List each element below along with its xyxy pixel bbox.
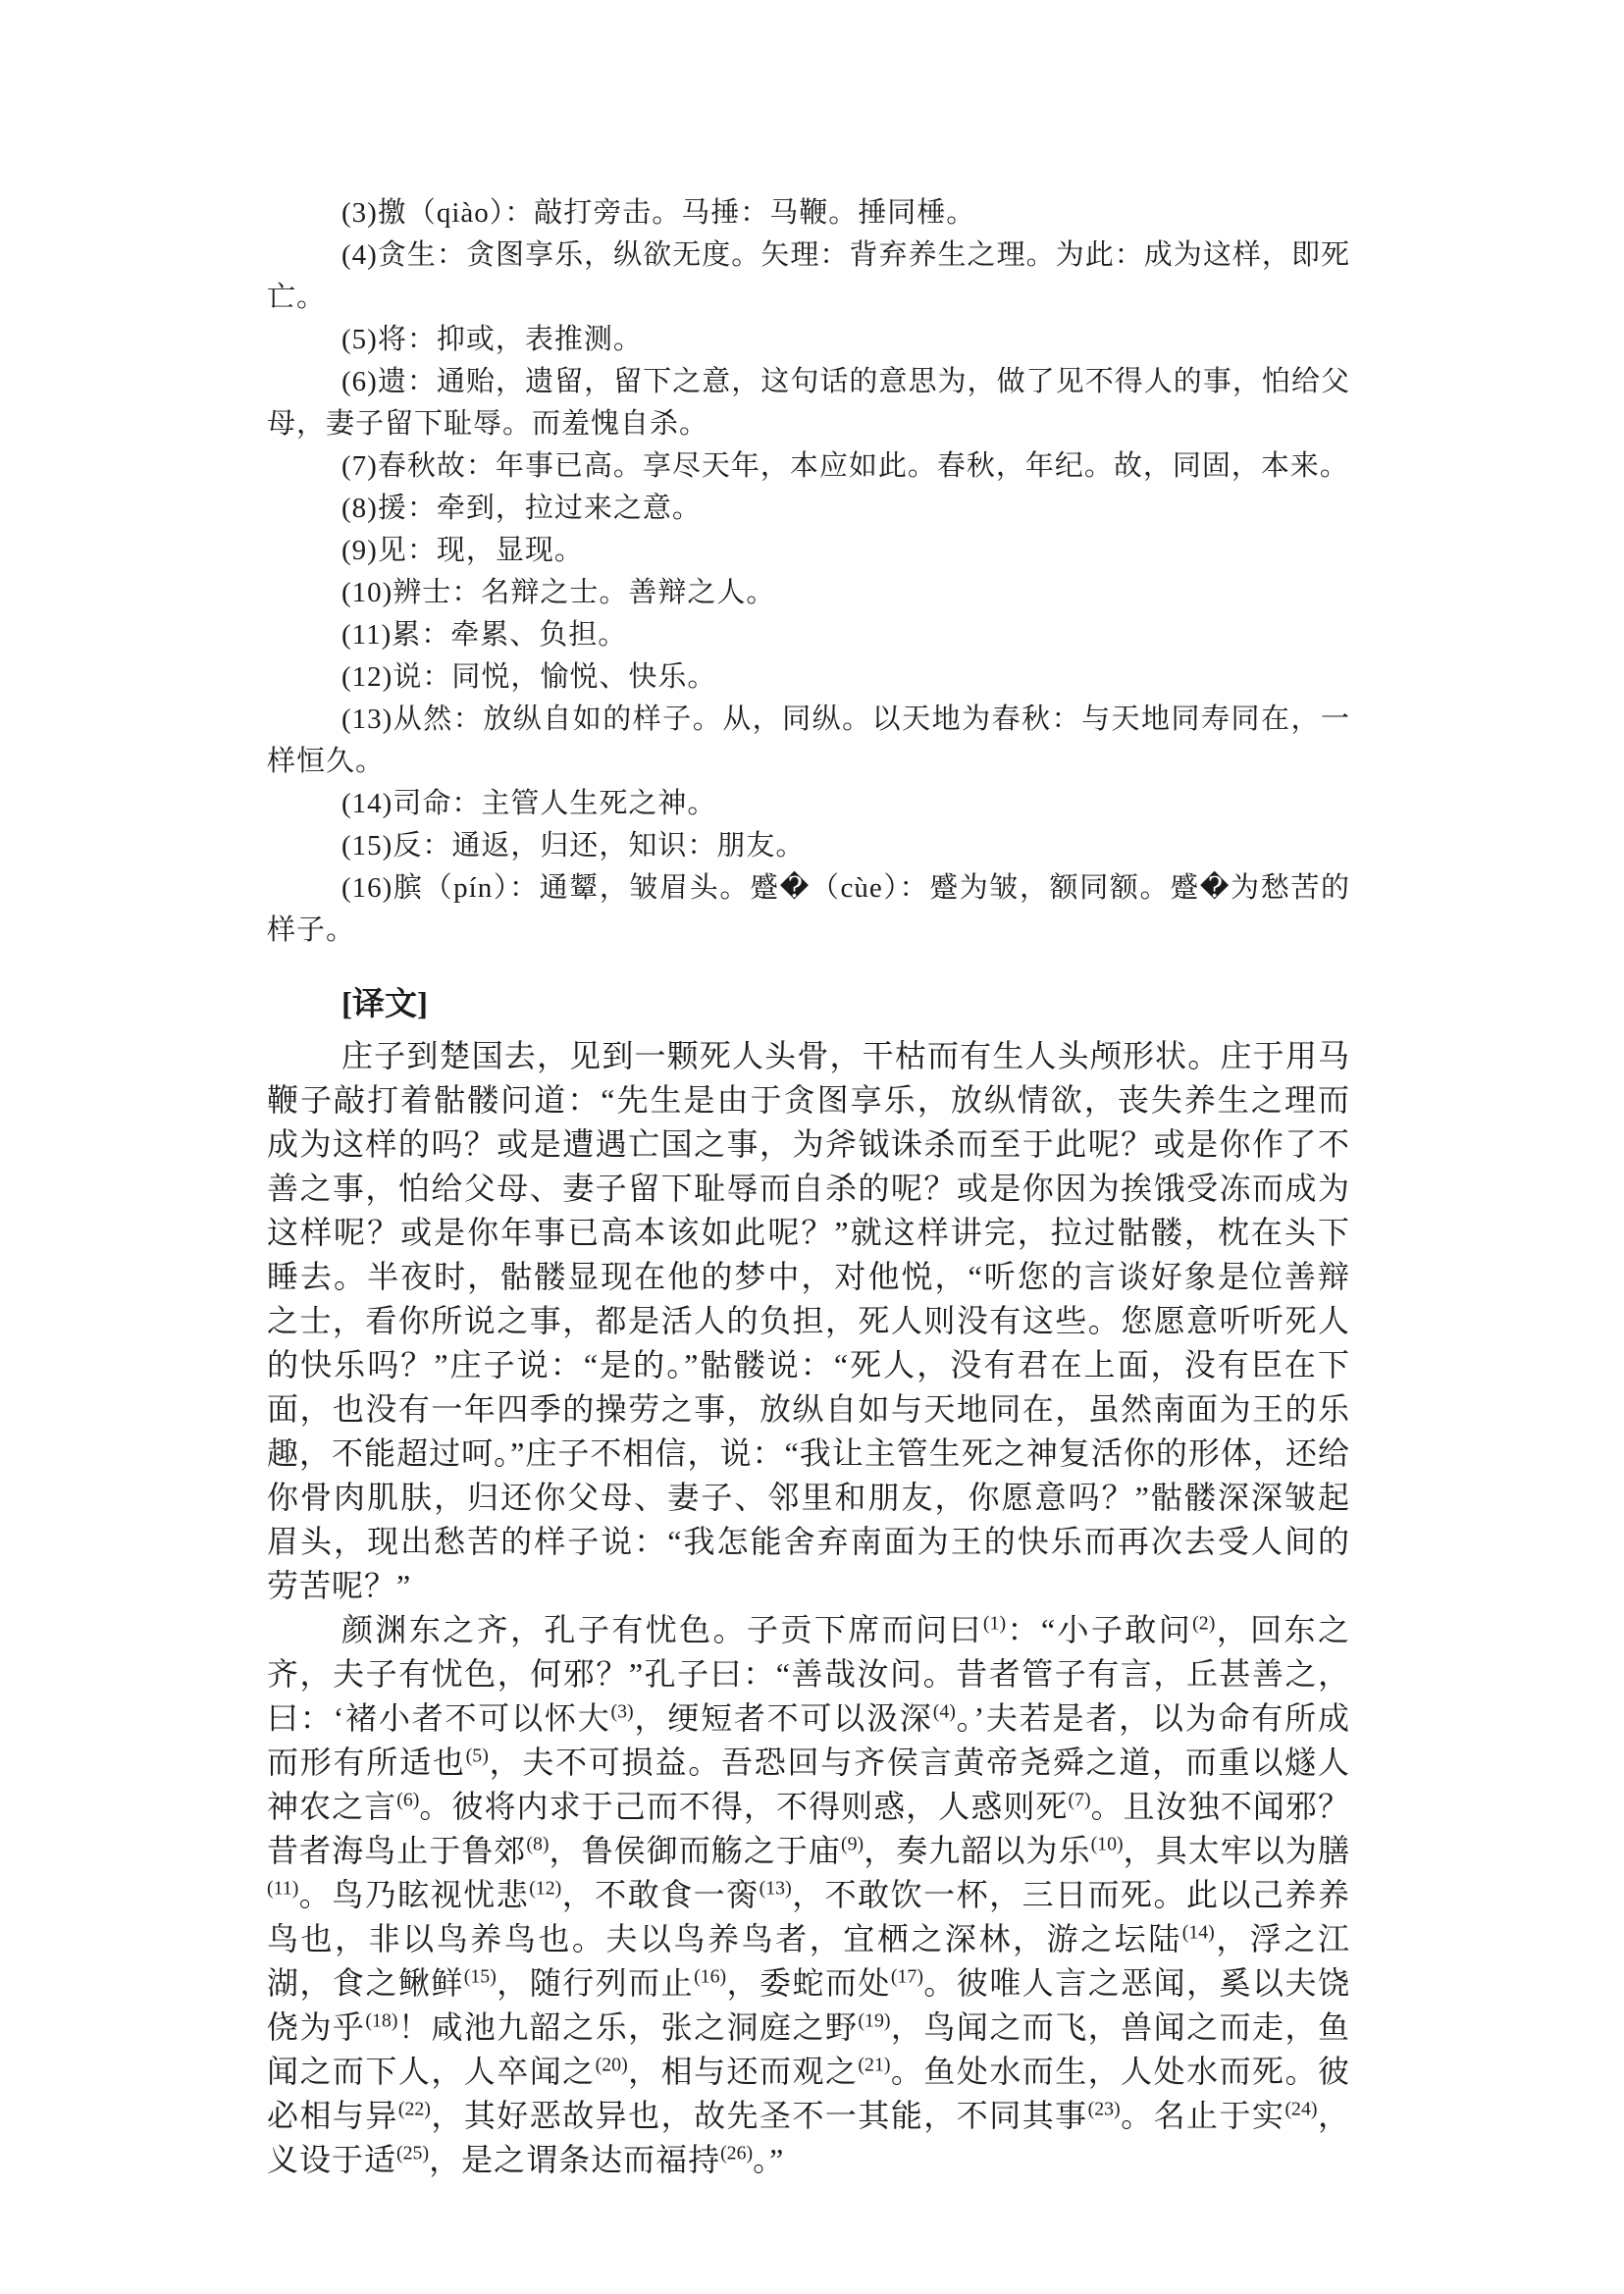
note-reference: (3)	[611, 1700, 634, 1722]
note-reference: (10)	[1091, 1833, 1124, 1854]
annotation-item: (5)将：抑或，表推测。	[267, 319, 1350, 361]
note-reference: (26)	[720, 2142, 753, 2164]
document-page: (3)撽（qiào）：敲打旁击。马捶：马鞭。捶同棰。(4)贪生：贪图享乐，纵欲无…	[0, 0, 1624, 2294]
note-reference: (14)	[1182, 1921, 1215, 1943]
translation-header: [译文]	[267, 981, 1350, 1028]
annotation-item: (4)贪生：贪图享乐，纵欲无度。矢理：背弃养生之理。为此：成为这样，即死亡。	[267, 235, 1350, 319]
translation-paragraph: 颜渊东之齐，孔子有忧色。子贡下席而问曰(1)：“小子敢问(2)，回东之齐，夫子有…	[267, 1608, 1350, 2182]
annotation-item: (11)累：牵累、负担。	[267, 614, 1350, 656]
note-reference: (17)	[891, 1965, 923, 1987]
note-reference: (12)	[529, 1877, 561, 1899]
note-reference: (8)	[526, 1833, 549, 1854]
note-reference: (19)	[858, 2009, 890, 2031]
note-reference: (7)	[1068, 1789, 1090, 1810]
note-reference: (20)	[596, 2054, 628, 2075]
translation-paragraph: 庄子到楚国去，见到一颗死人头骨，干枯而有生人头颅形状。庄于用马鞭子敲打着骷髅问道…	[267, 1034, 1350, 1608]
page-content: (3)撽（qiào）：敲打旁击。马捶：马鞭。捶同棰。(4)贪生：贪图享乐，纵欲无…	[267, 192, 1350, 2182]
annotation-item: (15)反：通返，归还，知识：朋友。	[267, 825, 1350, 867]
note-reference: (22)	[398, 2098, 431, 2119]
annotation-item: (12)说：同悦，愉悦、快乐。	[267, 656, 1350, 699]
note-reference: (6)	[396, 1789, 419, 1810]
translation-section: 庄子到楚国去，见到一颗死人头骨，干枯而有生人头颅形状。庄于用马鞭子敲打着骷髅问道…	[267, 1034, 1350, 2182]
annotation-item: (9)见：现，显现。	[267, 530, 1350, 572]
note-reference: (5)	[466, 1745, 489, 1766]
note-reference: (15)	[464, 1965, 497, 1987]
note-reference: (23)	[1088, 2098, 1121, 2119]
annotation-item: (6)遗：通贻，遗留，留下之意，这句话的意思为，做了见不得人的事，怕给父母，妻子…	[267, 361, 1350, 445]
note-reference: (21)	[858, 2054, 890, 2075]
annotations-section: (3)撽（qiào）：敲打旁击。马捶：马鞭。捶同棰。(4)贪生：贪图享乐，纵欲无…	[267, 192, 1350, 952]
note-reference: (24)	[1284, 2098, 1317, 2119]
annotation-item: (13)从然：放纵自如的样子。从，同纵。以天地为春秋：与天地同寿同在，一样恒久。	[267, 699, 1350, 783]
note-reference: (2)	[1192, 1612, 1215, 1634]
annotation-item: (7)春秋故：年事已高。享尽天年，本应如此。春秋，年纪。故，同固，本来。	[267, 445, 1350, 488]
note-reference: (9)	[841, 1833, 864, 1854]
note-reference: (1)	[983, 1612, 1006, 1634]
annotation-item: (14)司命：主管人生死之神。	[267, 783, 1350, 825]
note-reference: (13)	[760, 1877, 792, 1899]
note-reference: (16)	[694, 1965, 726, 1987]
note-reference: (18)	[365, 2009, 397, 2031]
note-reference: (11)	[267, 1877, 298, 1899]
annotation-item: (3)撽（qiào）：敲打旁击。马捶：马鞭。捶同棰。	[267, 192, 1350, 235]
note-reference: (25)	[396, 2142, 429, 2164]
annotation-item: (8)援：牵到，拉过来之意。	[267, 488, 1350, 530]
note-reference: (4)	[933, 1700, 956, 1722]
annotation-item: (10)辨士：名辩之士。善辩之人。	[267, 572, 1350, 614]
annotation-item: (16)膑（pín）：通颦，皱眉头。蹙�（cùe）：蹙为皱，额同额。蹙�为愁苦的…	[267, 867, 1350, 952]
